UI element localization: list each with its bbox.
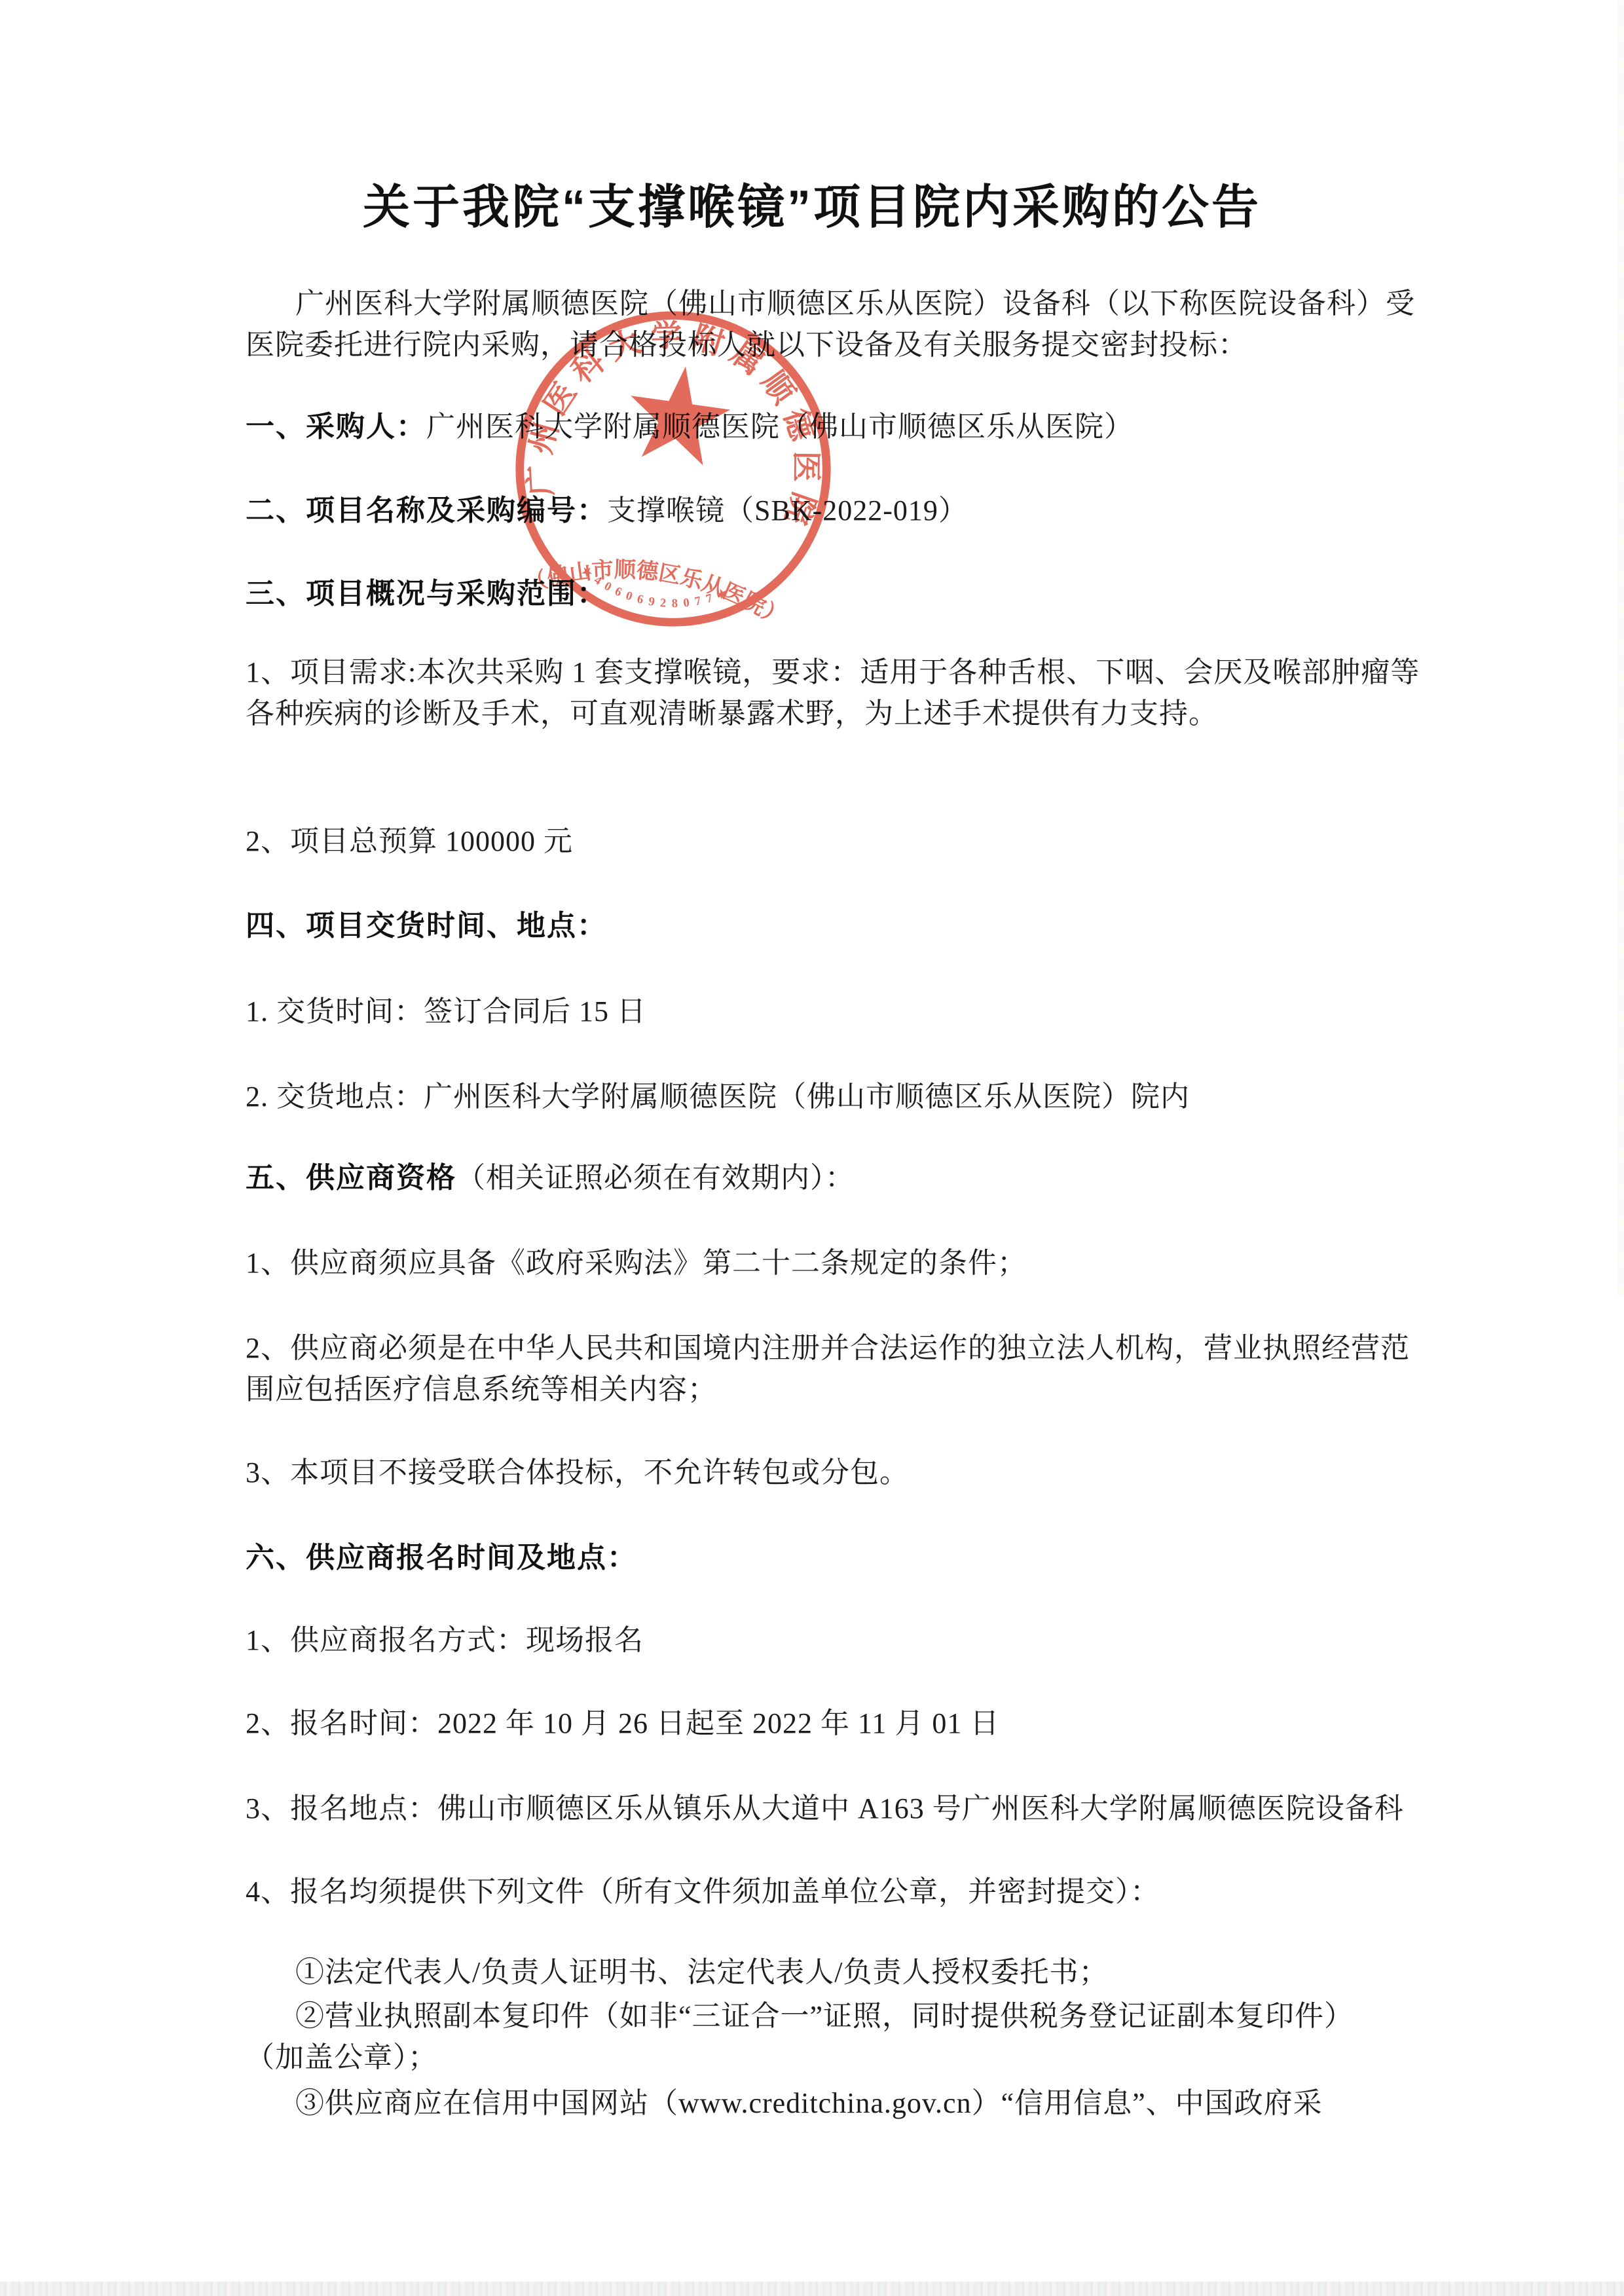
- text-line: 2、供应商必须是在中华人民共和国境内注册并合法运作的独立法人机构，营业执照经营范: [246, 1331, 1410, 1366]
- text-line: ③供应商应在信用中国网站（www.creditchina.gov.cn）“信用信…: [295, 2086, 1323, 2121]
- line-text: 3、报名地点：佛山市顺德区乐从镇乐从大道中 A163 号广州医科大学附属顺德医院…: [246, 1792, 1404, 1824]
- document-page: 关于我院“支撑喉镜”项目院内采购的公告 广州医科大学附属顺德医院（佛山市顺德区乐…: [0, 0, 1624, 2296]
- line-text: 4、报名均须提供下列文件（所有文件须加盖单位公章，并密封提交）：: [246, 1876, 1160, 1908]
- scan-artifact-right-edge: [1617, 0, 1624, 1297]
- line-bold: 五、供应商资格: [246, 1162, 456, 1194]
- line-text: ①法定代表人/负责人证明书、法定代表人/负责人授权委托书；: [295, 1956, 1108, 1988]
- text-line: 1、供应商报名方式：现场报名: [246, 1623, 644, 1658]
- text-line: ①法定代表人/负责人证明书、法定代表人/负责人授权委托书；: [295, 1955, 1108, 1990]
- line-text: 围应包括医疗信息系统等相关内容；: [246, 1373, 717, 1405]
- text-line: 广州医科大学附属顺德医院（佛山市顺德区乐从医院）设备科（以下称医院设备科）受: [295, 287, 1415, 322]
- line-bold: 一、采购人：: [246, 411, 426, 443]
- seal-star-icon: [623, 360, 735, 468]
- line-text: 2、项目总预算 100000 元: [246, 825, 573, 857]
- line-bold: 四、项目交货时间、地点：: [246, 910, 607, 942]
- line-bold: 六、供应商报名时间及地点：: [246, 1542, 637, 1574]
- line-text: ②营业执照副本复印件（如非“三证合一”证照，同时提供税务登记证副本复印件）: [295, 2000, 1354, 2032]
- text-line: 各种疾病的诊断及手术，可直观清晰暴露术野，为上述手术提供有力支持。: [246, 697, 1218, 731]
- text-line: 2. 交货地点：广州医科大学附属顺德医院（佛山市顺德区乐从医院）院内: [246, 1080, 1190, 1115]
- hospital-seal: 广州医科大学附属顺德医院 （佛山市顺德区乐从医院） ★40606928077★: [491, 287, 855, 651]
- line-text: 1. 交货时间：签订合同后 15 日: [246, 995, 646, 1028]
- text-line: 1、项目需求:本次共采购 1 套支撑喉镜，要求：适用于各种舌根、下咽、会厌及喉部…: [246, 656, 1420, 690]
- text-line: 五、供应商资格（相关证照必须在有效期内）：: [246, 1161, 855, 1196]
- line-text: 1、项目需求:本次共采购 1 套支撑喉镜，要求：适用于各种舌根、下咽、会厌及喉部…: [246, 656, 1420, 688]
- line-text: ③供应商应在信用中国网站（www.creditchina.gov.cn）“信用信…: [295, 2087, 1323, 2119]
- text-line: 3、本项目不接受联合体投标，不允许转包或分包。: [246, 1456, 909, 1491]
- line-text: 各种疾病的诊断及手术，可直观清晰暴露术野，为上述手术提供有力支持。: [246, 697, 1218, 730]
- page-title: 关于我院“支撑喉镜”项目院内采购的公告: [0, 169, 1624, 237]
- text-line: ②营业执照副本复印件（如非“三证合一”证照，同时提供税务登记证副本复印件）: [295, 1999, 1354, 2034]
- line-text: 1、供应商须应具备《政府采购法》第二十二条规定的条件；: [246, 1247, 1027, 1279]
- text-line: 四、项目交货时间、地点：: [246, 909, 607, 944]
- line-text: 广州医科大学附属顺德医院（佛山市顺德区乐从医院）设备科（以下称医院设备科）受: [295, 287, 1415, 320]
- text-line: （加盖公章）；: [246, 2041, 437, 2075]
- line-text: 3、本项目不接受联合体投标，不允许转包或分包。: [246, 1456, 909, 1489]
- line-text: 2. 交货地点：广州医科大学附属顺德医院（佛山市顺德区乐从医院）院内: [246, 1081, 1190, 1113]
- text-line: 4、报名均须提供下列文件（所有文件须加盖单位公章，并密封提交）：: [246, 1875, 1160, 1910]
- text-line: 2、报名时间：2022 年 10 月 26 日起至 2022 年 11 月 01…: [246, 1707, 999, 1741]
- line-text: 1、供应商报名方式：现场报名: [246, 1624, 644, 1656]
- text-line: 1. 交货时间：签订合同后 15 日: [246, 995, 646, 1029]
- text-line: 2、项目总预算 100000 元: [246, 824, 573, 859]
- line-text: 2、供应商必须是在中华人民共和国境内注册并合法运作的独立法人机构，营业执照经营范: [246, 1332, 1410, 1364]
- text-line: 3、报名地点：佛山市顺德区乐从镇乐从大道中 A163 号广州医科大学附属顺德医院…: [246, 1792, 1404, 1826]
- scan-artifact-bottom-strip: [0, 2282, 1624, 2296]
- line-text: （相关证照必须在有效期内）：: [456, 1162, 855, 1194]
- line-text: 2、报名时间：2022 年 10 月 26 日起至 2022 年 11 月 01…: [246, 1707, 999, 1739]
- line-text: （加盖公章）；: [246, 2041, 437, 2073]
- text-line: 围应包括医疗信息系统等相关内容；: [246, 1373, 717, 1407]
- text-line: 1、供应商须应具备《政府采购法》第二十二条规定的条件；: [246, 1246, 1027, 1281]
- text-line: 六、供应商报名时间及地点：: [246, 1541, 637, 1576]
